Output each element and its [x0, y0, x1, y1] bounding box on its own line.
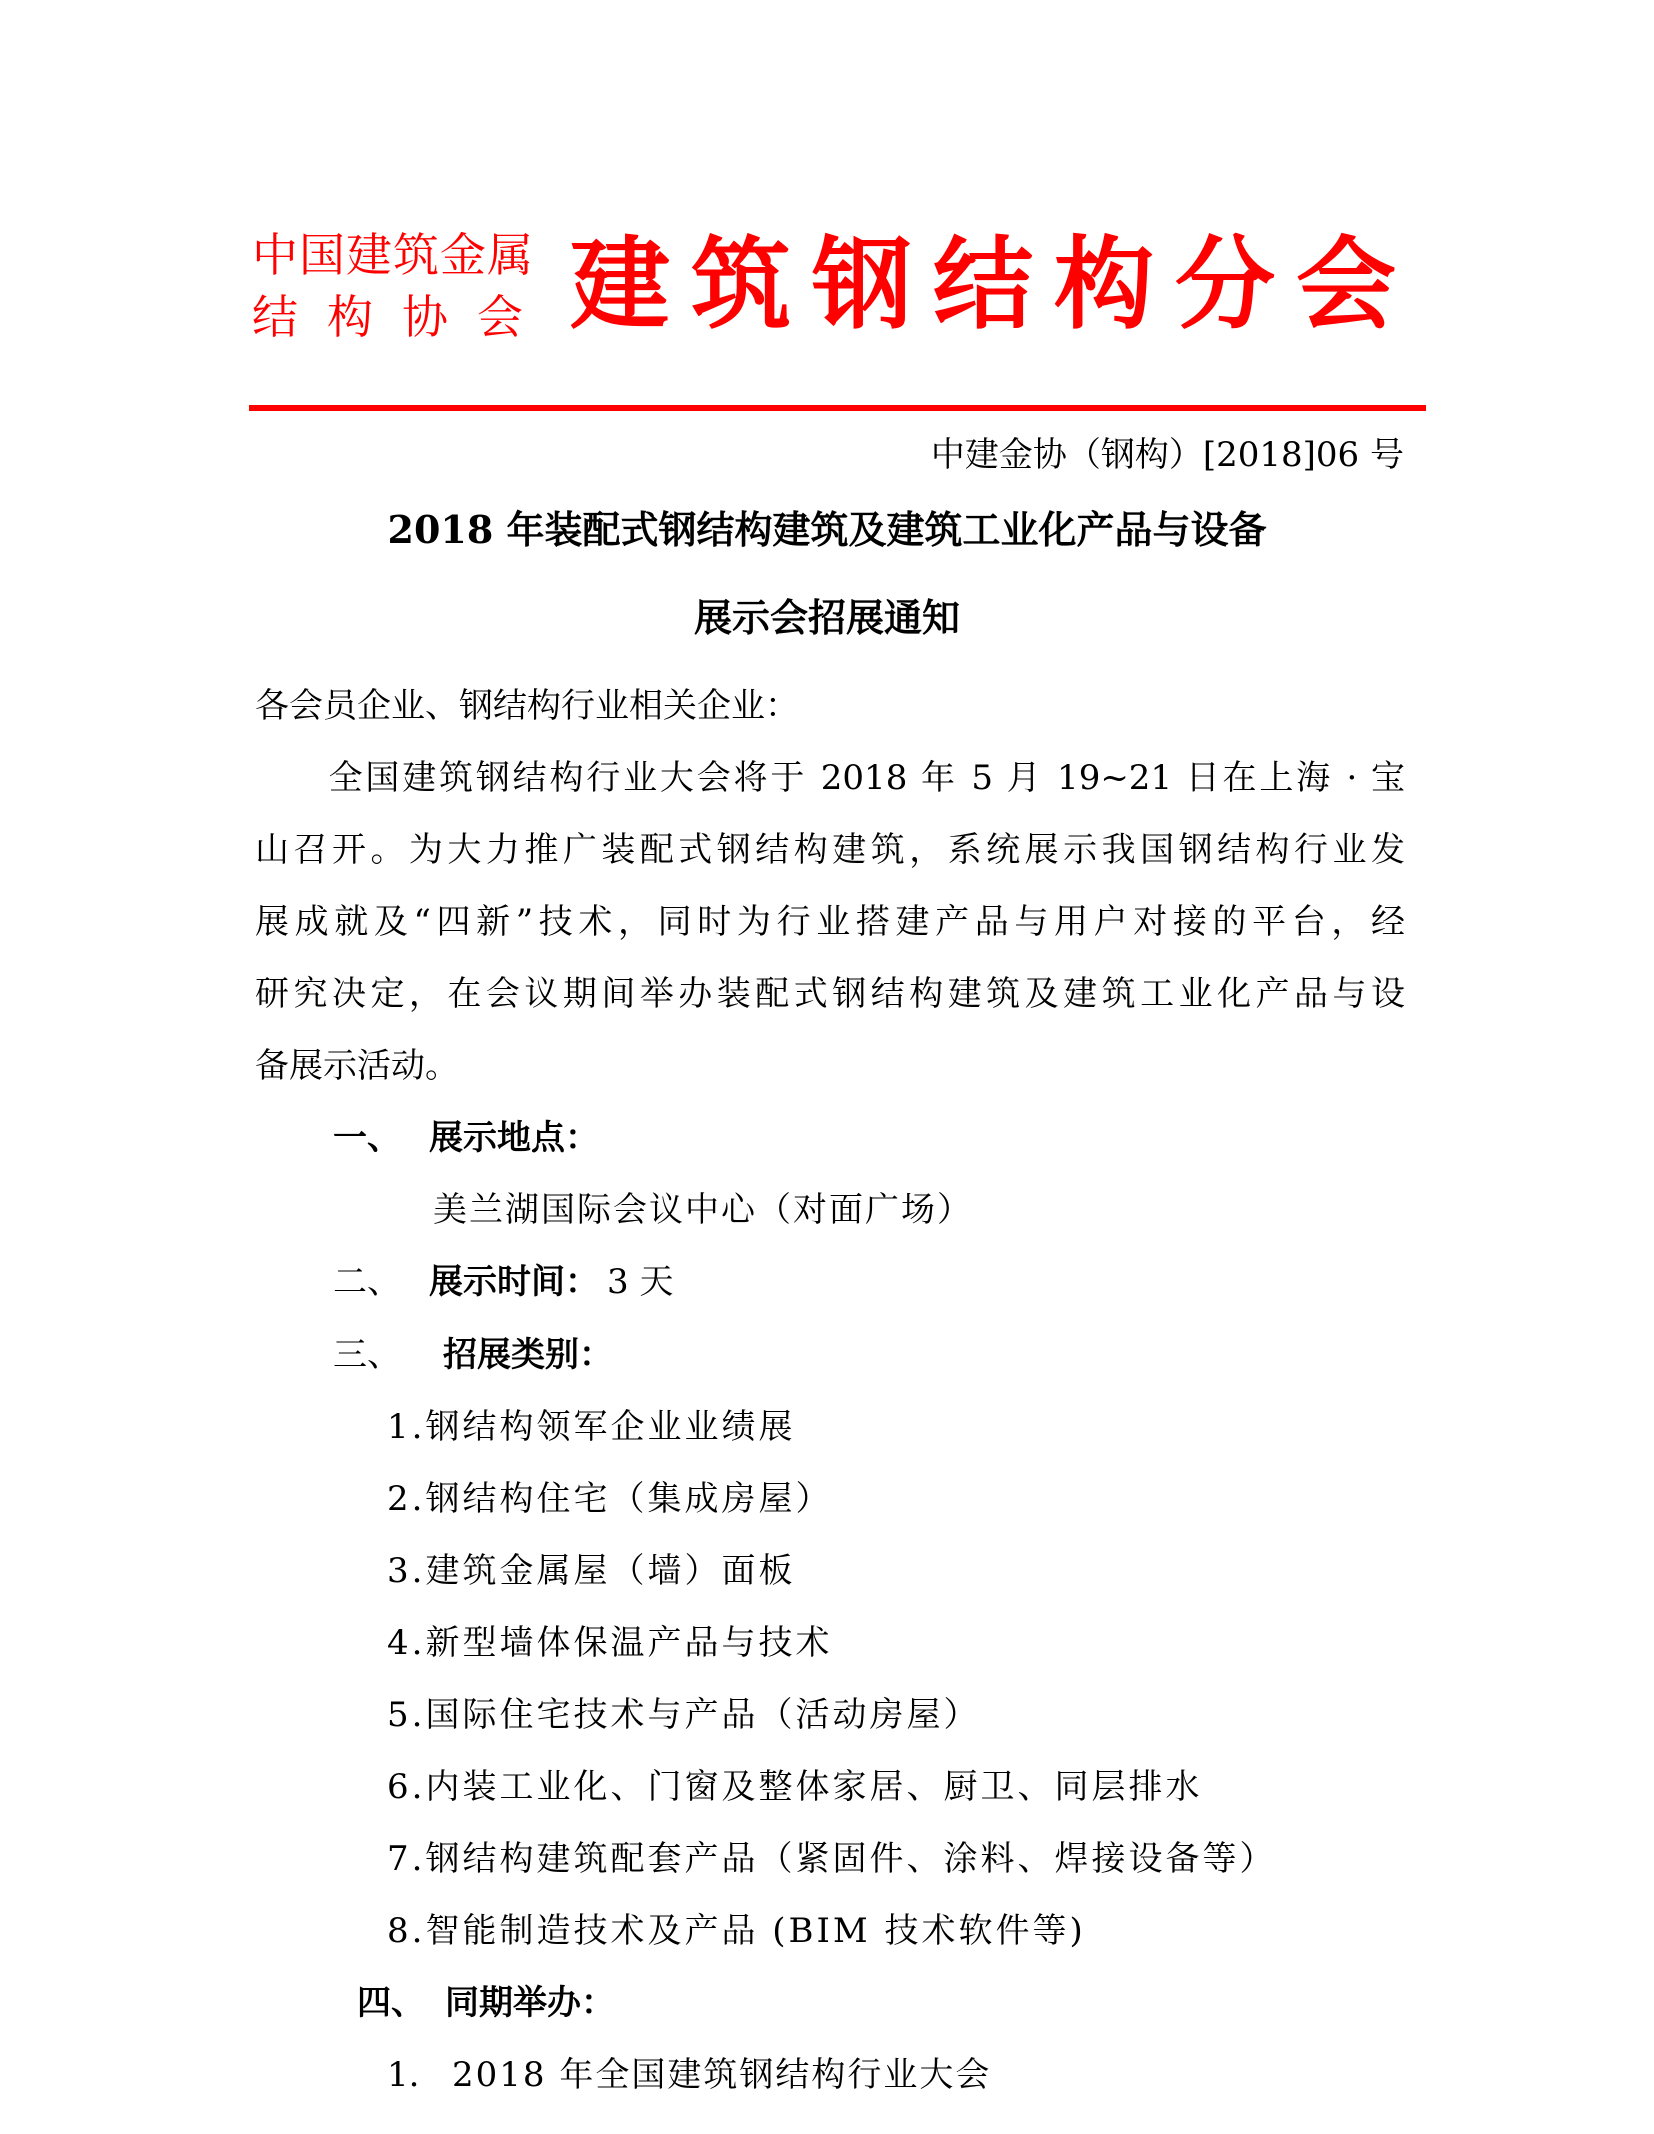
intro-paragraph-line: 研究决定，在会议期间举办装配式钢结构建筑及建筑工业化产品与设 [255, 969, 1405, 1019]
category-item: 1.钢结构领军企业业绩展 [387, 1402, 795, 1452]
section-1-heading: 展示地点： [429, 1113, 599, 1163]
intro-paragraph-line: 备展示活动。 [255, 1041, 1405, 1091]
letterhead-divider [249, 405, 1426, 411]
section-2-number: 二、 [333, 1257, 401, 1307]
section-2-duration: 3 天 [607, 1257, 673, 1307]
section-4-heading: 同期举办： [445, 1978, 615, 2028]
section-3-number: 三、 [333, 1330, 401, 1380]
category-item: 8.智能制造技术及产品 (BIM 技术软件等) [387, 1906, 1086, 1956]
category-item: 6.内装工业化、门窗及整体家居、厨卫、同层排水 [387, 1762, 1202, 1812]
letterhead-org-line2: 结构协会 [252, 288, 552, 346]
section-2-heading: 展示时间： [429, 1257, 599, 1307]
document-title-line1: 2018 年装配式钢结构建筑及建筑工业化产品与设备 [0, 502, 1654, 558]
category-item: 7.钢结构建筑配套产品（紧固件、涂料、焊接设备等） [387, 1834, 1276, 1884]
concurrent-event-text: 2018 年全国建筑钢结构行业大会 [452, 2050, 991, 2100]
section-1-number: 一、 [333, 1113, 401, 1163]
intro-paragraph-line: 全国建筑钢结构行业大会将于 2018 年 5 月 19~21 日在上海 · 宝 [255, 753, 1405, 803]
category-item: 5.国际住宅技术与产品（活动房屋） [387, 1690, 980, 1740]
category-item: 3.建筑金属屋（墙）面板 [387, 1546, 795, 1596]
letterhead-org-line1: 中国建筑金属 [252, 226, 534, 284]
category-item: 2.钢结构住宅（集成房屋） [387, 1474, 832, 1524]
category-item: 4.新型墙体保温产品与技术 [387, 1618, 832, 1668]
document-number: 中建金协（钢构）[2018]06 号 [931, 430, 1404, 480]
concurrent-event-number: 1. [387, 2050, 419, 2100]
section-1-location: 美兰湖国际会议中心（对面广场） [433, 1185, 973, 1235]
document-title-line2: 展示会招展通知 [0, 590, 1654, 646]
letterhead-branch-name: 建筑钢结构分会 [570, 230, 1417, 340]
salutation: 各会员企业、钢结构行业相关企业： [255, 681, 1405, 731]
section-4-number: 四、 [357, 1978, 425, 2028]
intro-paragraph-line: 山召开。为大力推广装配式钢结构建筑，系统展示我国钢结构行业发 [255, 825, 1405, 875]
section-3-heading: 招展类别： [443, 1330, 613, 1380]
intro-paragraph-line: 展成就及“四新”技术，同时为行业搭建产品与用户对接的平台，经 [255, 897, 1405, 947]
